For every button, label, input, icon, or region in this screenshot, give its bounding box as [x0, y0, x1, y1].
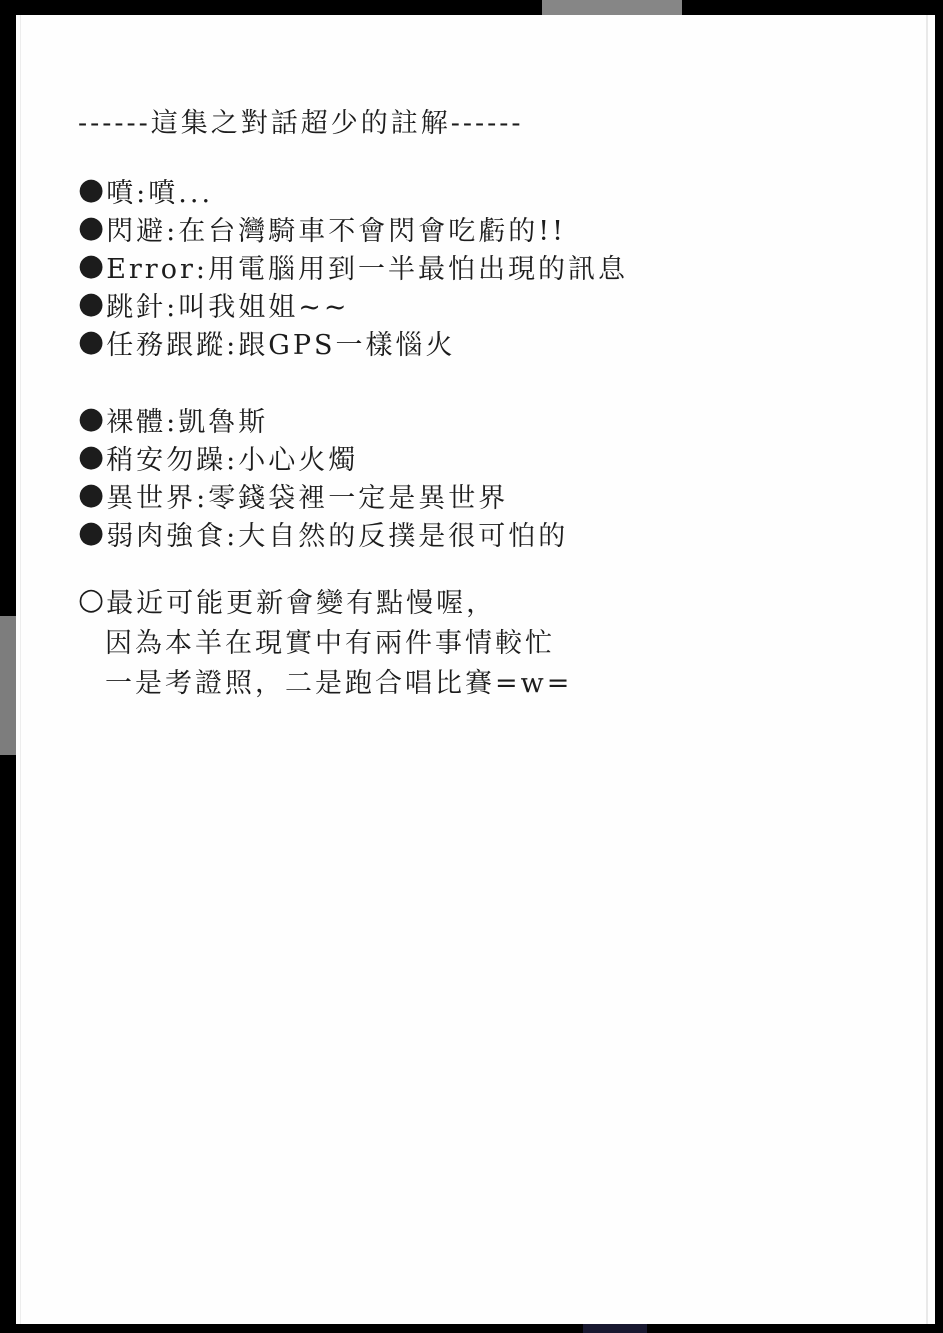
note-line: ● 噴:噴... — [78, 171, 628, 209]
filled-bullet-icon: ● — [78, 251, 104, 281]
note-line: ● 閃避:在台灣騎車不會閃會吃虧的!! — [78, 209, 628, 247]
page-edge-line-right — [926, 15, 928, 1324]
group-gap — [78, 361, 628, 400]
notes-content: ------這集之對話超少的註解------ ● 噴:噴... ● 閃避:在台灣… — [78, 101, 628, 700]
note-text: 噴:噴... — [106, 171, 213, 210]
note-line: ● 裸體:凱魯斯 — [78, 400, 628, 438]
note-line: ● Error:用電腦用到一半最怕出現的訊息 — [78, 247, 628, 285]
announcement-line-2: 因為本羊在現實中有兩件事情較忙 — [78, 620, 628, 660]
announcement-text: 最近可能更新會變有點慢喔， — [106, 581, 496, 620]
filled-bullet-icon: ● — [78, 327, 104, 357]
note-text: 閃避:在台灣騎車不會閃會吃虧的!! — [106, 209, 566, 248]
announcement-text: 一是考證照，二是跑合唱比賽=w= — [105, 661, 572, 700]
note-text: 任務跟蹤:跟GPS一樣惱火 — [106, 323, 455, 362]
group-gap — [78, 552, 628, 580]
page-surface: ------這集之對話超少的註解------ ● 噴:噴... ● 閃避:在台灣… — [16, 15, 935, 1324]
filled-bullet-icon: ● — [78, 442, 104, 472]
announcement-line-1: ○ 最近可能更新會變有點慢喔， — [78, 580, 628, 620]
note-line: ● 稍安勿躁:小心火燭 — [78, 438, 628, 476]
filled-bullet-icon: ● — [78, 404, 104, 434]
note-line: ● 弱肉強食:大自然的反撲是很可怕的 — [78, 514, 628, 552]
note-line: ● 跳針:叫我姐姐~~ — [78, 285, 628, 323]
announcement-line-3: 一是考證照，二是跑合唱比賽=w= — [78, 660, 628, 700]
filled-bullet-icon: ● — [78, 518, 104, 548]
note-line: ● 異世界:零錢袋裡一定是異世界 — [78, 476, 628, 514]
filled-bullet-icon: ● — [78, 213, 104, 243]
note-text: 稍安勿躁:小心火燭 — [106, 438, 358, 477]
note-text: 弱肉強食:大自然的反撲是很可怕的 — [106, 514, 568, 553]
hollow-bullet-icon: ○ — [78, 585, 104, 615]
page-edge-line-left — [20, 15, 21, 1324]
filled-bullet-icon: ● — [78, 289, 104, 319]
scan-artifact-left — [0, 616, 17, 755]
note-text: 跳針:叫我姐姐~~ — [106, 285, 349, 324]
notes-group-1: ● 噴:噴... ● 閃避:在台灣騎車不會閃會吃虧的!! ● Error:用電腦… — [78, 171, 628, 361]
announcement-note: ○ 最近可能更新會變有點慢喔， 因為本羊在現實中有兩件事情較忙 一是考證照，二是… — [78, 580, 628, 700]
note-text: 異世界:零錢袋裡一定是異世界 — [106, 476, 508, 515]
page-title-text: ------這集之對話超少的註解------ — [78, 101, 523, 140]
scan-artifact-top — [542, 0, 682, 16]
scanned-comic-notes-page: ------這集之對話超少的註解------ ● 噴:噴... ● 閃避:在台灣… — [0, 0, 943, 1333]
announcement-text: 因為本羊在現實中有兩件事情較忙 — [105, 621, 555, 660]
filled-bullet-icon: ● — [78, 480, 104, 510]
filled-bullet-icon: ● — [78, 175, 104, 205]
note-text: Error:用電腦用到一半最怕出現的訊息 — [106, 247, 628, 286]
note-text: 裸體:凱魯斯 — [106, 400, 268, 439]
notes-group-2: ● 裸體:凱魯斯 ● 稍安勿躁:小心火燭 ● 異世界:零錢袋裡一定是異世界 ● … — [78, 400, 628, 552]
note-line: ● 任務跟蹤:跟GPS一樣惱火 — [78, 323, 628, 361]
page-title: ------這集之對話超少的註解------ — [78, 101, 628, 139]
scan-artifact-bottom — [583, 1324, 647, 1333]
